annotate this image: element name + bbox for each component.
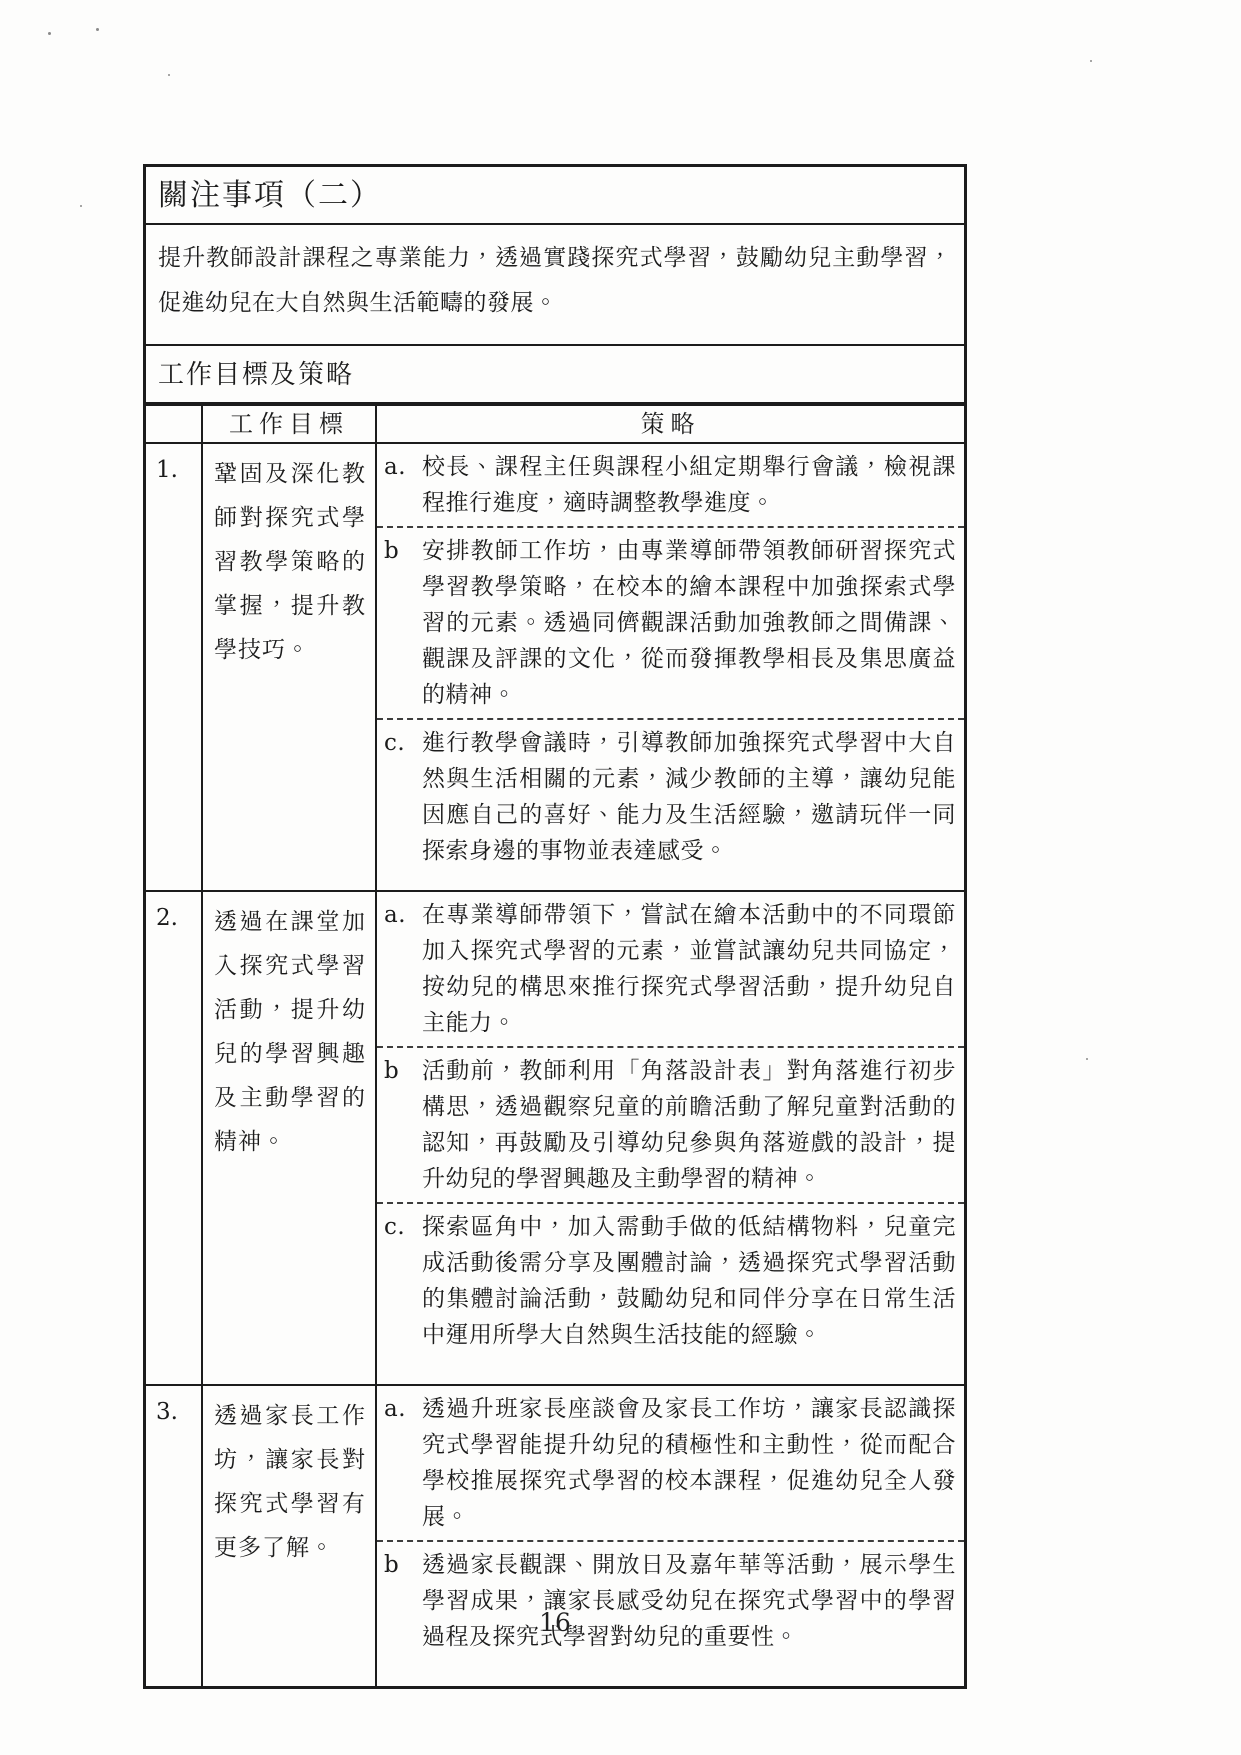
scan-speck <box>168 74 170 76</box>
strategy-label: a. <box>384 449 422 485</box>
row-index: 3. <box>146 1385 202 1686</box>
scan-speck <box>1090 60 1092 62</box>
header-goal-cell: 工作目標 <box>202 405 376 443</box>
strategy-text: 探索區角中，加入需動手做的低結構物料，兒童完成活動後需分享及團體討論，透過探究式… <box>422 1209 956 1353</box>
section-heading: 工作目標及策略 <box>146 346 964 404</box>
strategy-text: 透過升班家長座談會及家長工作坊，讓家長認識探究式學習能提升幼兒的積極性和主動性，… <box>422 1391 956 1535</box>
strategy-text: 在專業導師帶領下，嘗試在繪本活動中的不同環節加入探究式學習的元素，並嘗試讓幼兒共… <box>422 897 956 1041</box>
table-header-row: 工作目標 策略 <box>146 405 964 443</box>
scan-speck <box>96 28 99 31</box>
scan-speck <box>80 205 82 207</box>
strategies-cell: a. 校長、課程主任與課程小組定期舉行會議，檢視課程推行進度，適時調整教學進度。… <box>376 443 964 891</box>
strategy-text: 活動前，教師利用「角落設計表」對角落進行初步構思，透過觀察兒童的前瞻活動了解兒童… <box>422 1053 956 1197</box>
work-goal: 鞏固及深化教師對探究式學習教學策略的掌握，提升教學技巧。 <box>202 443 376 891</box>
strategy-text: 透過家長觀課、開放日及嘉年華等活動，展示學生學習成果，讓家長感受幼兒在探究式學習… <box>422 1547 956 1655</box>
scan-speck <box>1086 1058 1088 1060</box>
table-row: 3. 透過家長工作坊，讓家長對探究式學習有更多了解。 a. 透過升班家長座談會及… <box>146 1385 964 1686</box>
strategy-label: b <box>384 533 422 569</box>
strategy-label: c. <box>384 725 422 761</box>
strategy-label: b <box>384 1547 422 1583</box>
strategy-item: b 安排教師工作坊，由專業導師帶領教師研習探究式學習教學策略，在校本的繪本課程中… <box>377 526 964 718</box>
strategy-item: c. 探索區角中，加入需動手做的低結構物料，兒童完成活動後需分享及團體討論，透過… <box>377 1202 964 1384</box>
strategy-label: a. <box>384 897 422 933</box>
strategy-text: 安排教師工作坊，由專業導師帶領教師研習探究式學習教學策略，在校本的繪本課程中加強… <box>422 533 956 713</box>
scan-speck <box>48 32 51 35</box>
strategy-item: a. 校長、課程主任與課程小組定期舉行會議，檢視課程推行進度，適時調整教學進度。 <box>377 444 964 526</box>
strategy-item: b 活動前，教師利用「角落設計表」對角落進行初步構思，透過觀察兒童的前瞻活動了解… <box>377 1046 964 1202</box>
concern-title: 關注事項（二） <box>146 167 964 225</box>
goals-strategies-table: 工作目標 策略 1. 鞏固及深化教師對探究式學習教學策略的掌握，提升教學技巧。 … <box>146 404 964 1686</box>
page-number: 16 <box>0 1608 1110 1637</box>
concern-description: 提升教師設計課程之專業能力，透過實踐探究式學習，鼓勵幼兒主動學習，促進幼兒在大自… <box>146 225 964 346</box>
strategies-cell: a. 在專業導師帶領下，嘗試在繪本活動中的不同環節加入探究式學習的元素，並嘗試讓… <box>376 891 964 1385</box>
strategy-label: c. <box>384 1209 422 1245</box>
work-goal: 透過在課堂加入探究式學習活動，提升幼兒的學習興趣及主動學習的精神。 <box>202 891 376 1385</box>
strategy-item: a. 在專業導師帶領下，嘗試在繪本活動中的不同環節加入探究式學習的元素，並嘗試讓… <box>377 892 964 1046</box>
strategy-label: a. <box>384 1391 422 1427</box>
strategy-text: 進行教學會議時，引導教師加強探究式學習中大自然與生活相關的元素，減少教師的主導，… <box>422 725 956 869</box>
strategy-label: b <box>384 1053 422 1089</box>
scanned-document-page: 關注事項（二） 提升教師設計課程之專業能力，透過實踐探究式學習，鼓勵幼兒主動學習… <box>0 0 1241 1755</box>
scan-speck <box>690 1448 692 1450</box>
row-index: 1. <box>146 443 202 891</box>
strategy-text: 校長、課程主任與課程小組定期舉行會議，檢視課程推行進度，適時調整教學進度。 <box>422 449 956 521</box>
concern-plan-document: 關注事項（二） 提升教師設計課程之專業能力，透過實踐探究式學習，鼓勵幼兒主動學習… <box>143 164 967 1689</box>
strategy-item: a. 透過升班家長座談會及家長工作坊，讓家長認識探究式學習能提升幼兒的積極性和主… <box>377 1386 964 1540</box>
strategy-item: c. 進行教學會議時，引導教師加強探究式學習中大自然與生活相關的元素，減少教師的… <box>377 718 964 890</box>
header-strategy-cell: 策略 <box>376 405 964 443</box>
strategies-cell: a. 透過升班家長座談會及家長工作坊，讓家長認識探究式學習能提升幼兒的積極性和主… <box>376 1385 964 1686</box>
table-row: 1. 鞏固及深化教師對探究式學習教學策略的掌握，提升教學技巧。 a. 校長、課程… <box>146 443 964 891</box>
work-goal: 透過家長工作坊，讓家長對探究式學習有更多了解。 <box>202 1385 376 1686</box>
table-row: 2. 透過在課堂加入探究式學習活動，提升幼兒的學習興趣及主動學習的精神。 a. … <box>146 891 964 1385</box>
row-index: 2. <box>146 891 202 1385</box>
header-index-cell <box>146 405 202 443</box>
